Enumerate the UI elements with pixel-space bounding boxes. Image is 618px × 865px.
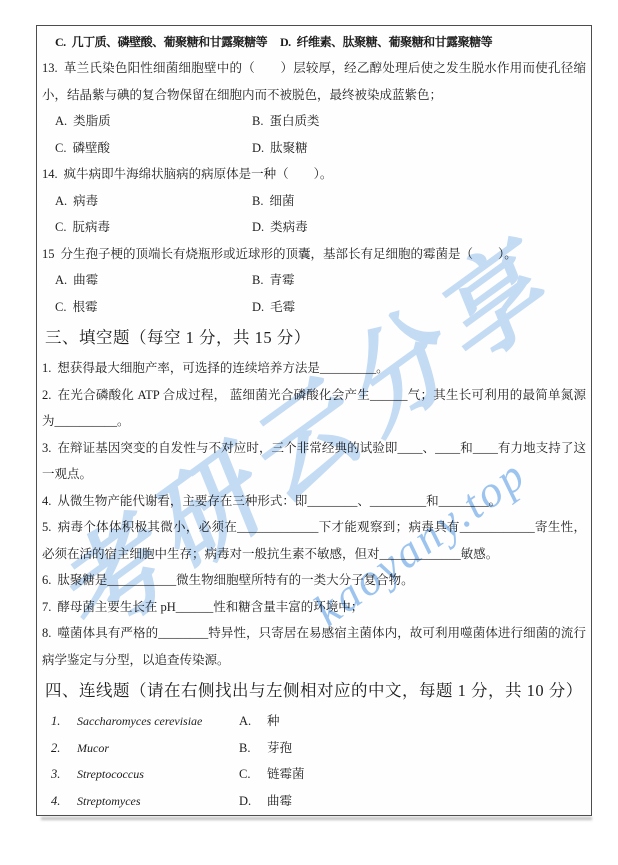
option-text: 类脂质 — [73, 114, 111, 128]
fill-item-6: 6.肽聚糖是___________微生物细胞壁所特有的一类大分子复合物。 — [42, 567, 586, 594]
option-text: 朊病毒 — [72, 220, 110, 234]
fill-item-7: 7.酵母菌主要生长在 pH______性和糖含量丰富的环境中； — [42, 594, 586, 621]
question-text: 疯牛病即牛海绵状脑病的病原体是一种（ ）。 — [64, 167, 333, 181]
option-label: C. — [55, 300, 66, 314]
option-d: D.肽聚糖 — [252, 135, 586, 162]
option-text: 曲霉 — [73, 273, 98, 287]
option-d: D.毛霉 — [252, 294, 586, 321]
match-chinese: 种 — [267, 708, 586, 735]
fill-item-2: 2.在光合磷酸化 ATP 合成过程， 蓝细菌光合磷酸化会产生______气；其生… — [42, 382, 586, 435]
option-label: D. — [252, 220, 264, 234]
item-number: 4. — [42, 494, 51, 508]
question-13-options-ab: A.类脂质 B.蛋白质类 — [42, 108, 586, 135]
option-c: C.磷壁酸 — [55, 135, 252, 162]
scan-background: C.几丁质、磷壁酸、葡聚糖和甘露聚糖等 D.纤维素、肽聚糖、葡聚糖和甘露聚糖等 … — [0, 0, 618, 865]
exam-scan-screenshot: { "watermark": { "brand_text": "考研云分享", … — [0, 0, 618, 865]
match-row-1: 1. Saccharomyces cerevisiae A. 种 — [42, 708, 586, 735]
question-15: 15分生孢子梗的顶端长有烧瓶形或近球形的顶囊，基部长有足细胞的霉菌是（ ）。 — [42, 241, 586, 268]
option-label: D. — [252, 300, 264, 314]
match-chinese: 链霉菌 — [267, 761, 586, 788]
fill-item-5: 5.病毒个体体积极其微小，必须在_____________下才能观察到；病毒具有… — [42, 514, 586, 567]
option-a: A.类脂质 — [55, 108, 252, 135]
match-number: 2. — [51, 735, 77, 762]
match-number: 1. — [51, 708, 77, 735]
match-latin-name: Streptomyces — [77, 788, 239, 815]
match-section-title: 四、连线题（请在右侧找出与左侧相对应的中文，每题 1 分，共 10 分） — [45, 676, 586, 706]
scan-shadow-artifact — [41, 817, 592, 820]
option-b: B.青霉 — [252, 267, 586, 294]
fill-section-title: 三、填空题（每空 1 分，共 15 分） — [45, 323, 586, 353]
match-letter: C. — [239, 761, 267, 788]
option-c: C.几丁质、磷壁酸、葡聚糖和甘露聚糖等 — [55, 30, 280, 55]
fill-item-3: 3.在辩证基因突变的自发性与不对应时，三个非常经典的试验即____、____和_… — [42, 435, 586, 488]
question-text: 革兰氏染色阳性细菌细胞壁中的（ ）层较厚，经乙醇处理后使之发生脱水作用而使孔径缩… — [42, 61, 586, 102]
option-text: 类病毒 — [270, 220, 308, 234]
item-text: 想获得最大细胞产率，可选择的连续培养方法是_________。 — [57, 361, 388, 375]
question-13-options-cd: C.磷壁酸 D.肽聚糖 — [42, 135, 586, 162]
match-letter: B. — [239, 735, 267, 762]
match-row-4: 4. Streptomyces D. 曲霉 — [42, 788, 586, 815]
match-letter: A. — [239, 708, 267, 735]
item-number: 8. — [42, 626, 51, 640]
option-text: 病毒 — [73, 194, 98, 208]
item-number: 5. — [42, 520, 51, 534]
item-number: 7. — [42, 600, 51, 614]
option-text: 肽聚糖 — [270, 141, 308, 155]
option-text: 青霉 — [269, 273, 294, 287]
option-label: B. — [252, 194, 263, 208]
item-text: 酵母菌主要生长在 pH______性和糖含量丰富的环境中； — [57, 600, 363, 614]
item-text: 从微生物产能代谢看，主要存在三种形式：即________、_________和_… — [57, 494, 501, 508]
item-number: 6. — [42, 573, 51, 587]
match-letter: D. — [239, 788, 267, 815]
question-number: 15 — [42, 247, 55, 261]
item-number: 3. — [42, 441, 51, 455]
exam-page: C.几丁质、磷壁酸、葡聚糖和甘露聚糖等 D.纤维素、肽聚糖、葡聚糖和甘露聚糖等 … — [36, 25, 592, 816]
item-number: 2. — [42, 388, 51, 402]
match-row-2: 2. Mucor B. 芽孢 — [42, 735, 586, 762]
match-latin-name: Streptococcus — [77, 761, 239, 788]
option-a: A.曲霉 — [55, 267, 252, 294]
match-number: 3. — [51, 761, 77, 788]
item-text: 噬菌体具有严格的________特异性，只寄居在易感宿主菌体内，故可利用噬菌体进… — [42, 626, 586, 667]
option-text: 毛霉 — [270, 300, 295, 314]
match-row-3: 3. Streptococcus C. 链霉菌 — [42, 761, 586, 788]
option-text: 几丁质、磷壁酸、葡聚糖和甘露聚糖等 — [72, 35, 268, 49]
item-text: 肽聚糖是___________微生物细胞壁所特有的一类大分子复合物。 — [57, 573, 413, 587]
option-label: C. — [55, 35, 66, 49]
option-text: 细菌 — [269, 194, 294, 208]
question-14: 14.疯牛病即牛海绵状脑病的病原体是一种（ ）。 — [42, 161, 586, 188]
item-number: 1. — [42, 361, 51, 375]
question-15-options-ab: A.曲霉 B.青霉 — [42, 267, 586, 294]
question-text: 分生孢子梗的顶端长有烧瓶形或近球形的顶囊，基部长有足细胞的霉菌是（ ）。 — [61, 247, 517, 261]
option-label: A. — [55, 273, 67, 287]
question-14-options-ab: A.病毒 B.细菌 — [42, 188, 586, 215]
fill-item-8: 8.噬菌体具有严格的________特异性，只寄居在易感宿主菌体内，故可利用噬菌… — [42, 620, 586, 673]
option-label: C. — [55, 141, 66, 155]
option-label: A. — [55, 194, 67, 208]
item-text: 病毒个体体积极其微小，必须在_____________下才能观察到；病毒具有__… — [42, 520, 586, 561]
option-a: A.病毒 — [55, 188, 252, 215]
option-label: B. — [252, 273, 263, 287]
option-label: B. — [252, 114, 263, 128]
question-15-options-cd: C.根霉 D.毛霉 — [42, 294, 586, 321]
option-c: C.朊病毒 — [55, 214, 252, 241]
match-latin-name: Saccharomyces cerevisiae — [77, 708, 239, 735]
question-number: 14. — [42, 167, 58, 181]
fill-item-1: 1.想获得最大细胞产率，可选择的连续培养方法是_________。 — [42, 355, 586, 382]
match-number: 4. — [51, 788, 77, 815]
fill-item-4: 4.从微生物产能代谢看，主要存在三种形式：即________、_________… — [42, 488, 586, 515]
option-label: A. — [55, 114, 67, 128]
option-c: C.根霉 — [55, 294, 252, 321]
option-b: B.蛋白质类 — [252, 108, 586, 135]
option-d: D.类病毒 — [252, 214, 586, 241]
match-chinese: 芽孢 — [267, 735, 586, 762]
option-b: B.细菌 — [252, 188, 586, 215]
option-text: 蛋白质类 — [269, 114, 319, 128]
question-13: 13.革兰氏染色阳性细菌细胞壁中的（ ）层较厚，经乙醇处理后使之发生脱水作用而使… — [42, 55, 586, 108]
match-latin-name: Mucor — [77, 735, 239, 762]
option-label: C. — [55, 220, 66, 234]
question-14-options-cd: C.朊病毒 D.类病毒 — [42, 214, 586, 241]
option-label: D. — [252, 141, 264, 155]
option-text: 纤维素、肽聚糖、葡聚糖和甘露聚糖等 — [297, 35, 493, 49]
match-chinese: 曲霉 — [267, 788, 586, 815]
item-text: 在光合磷酸化 ATP 合成过程， 蓝细菌光合磷酸化会产生______气；其生长可… — [42, 388, 586, 429]
question-number: 13. — [42, 61, 58, 75]
option-text: 磷壁酸 — [72, 141, 110, 155]
option-text: 根霉 — [72, 300, 97, 314]
carryover-options-row: C.几丁质、磷壁酸、葡聚糖和甘露聚糖等 D.纤维素、肽聚糖、葡聚糖和甘露聚糖等 — [42, 30, 586, 55]
option-label: D. — [280, 35, 291, 49]
item-text: 在辩证基因突变的自发性与不对应时，三个非常经典的试验即____、____和___… — [42, 441, 586, 482]
option-d: D.纤维素、肽聚糖、葡聚糖和甘露聚糖等 — [280, 30, 586, 55]
